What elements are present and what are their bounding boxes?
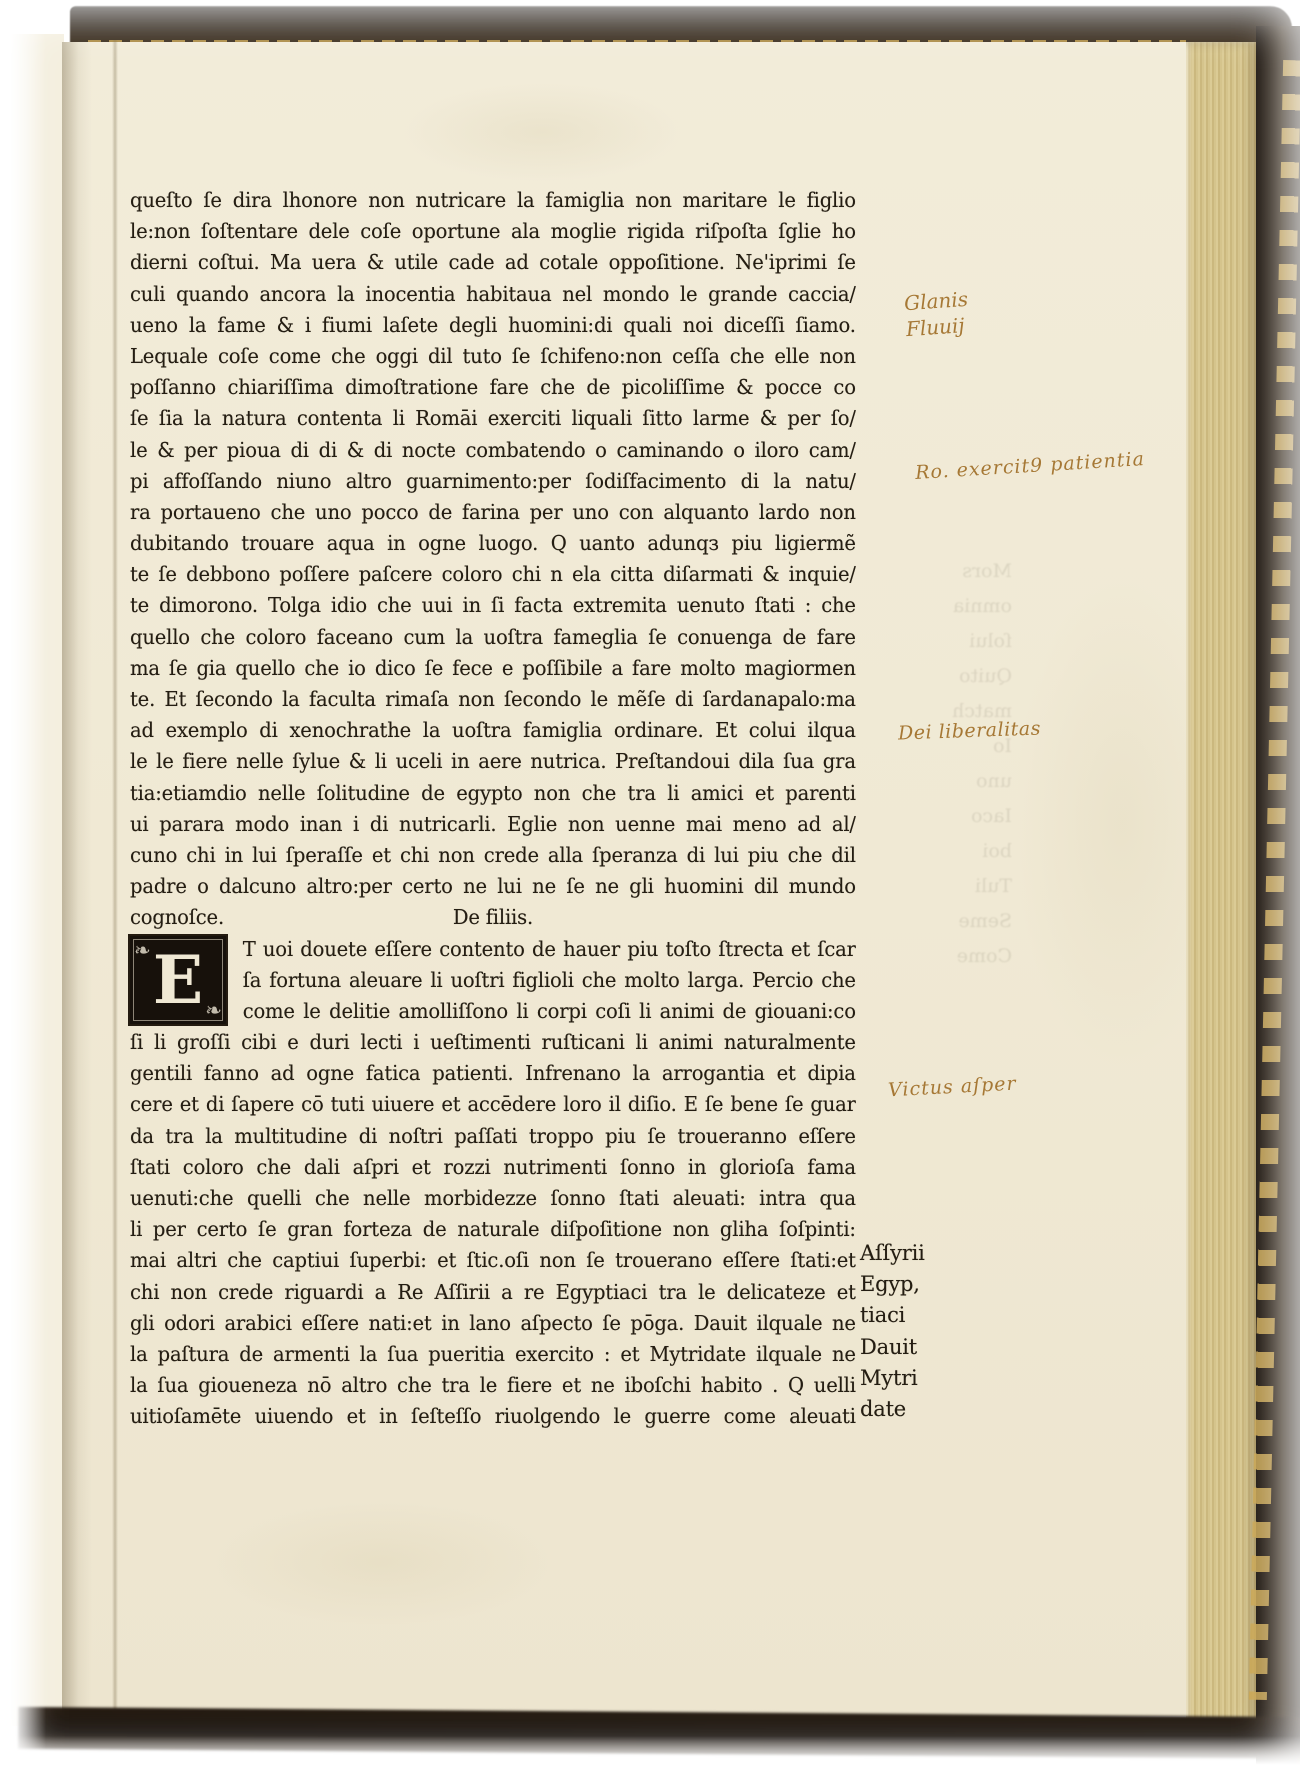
text-line: dierni coſtui. Ma uera & utile cade ad c… <box>130 247 856 278</box>
gutter-line <box>112 40 118 1720</box>
text-line: come le delitie amolliſſono li corpi coſ… <box>130 996 856 1027</box>
initial-vine-ornament: ❧ <box>205 998 222 1022</box>
text-line: la paſtura de armenti la ſua pueritia ex… <box>130 1339 856 1370</box>
printed-margin-notes: AſſyriiEgyp,tiaciDauitMytridate <box>860 1238 925 1425</box>
text-line: le le fiere nelle ſylue & li uceli in ae… <box>130 746 856 777</box>
text-line: Lequale coſe come che oggi dil tuto ſe ſ… <box>130 341 856 372</box>
text-line: te. Et ſecondo la faculta rimaſa non ſec… <box>130 684 856 715</box>
show-through-word: Iaco <box>852 805 1012 827</box>
text-line: uenuti:che quelli che nelle morbidezze ſ… <box>130 1183 856 1214</box>
text-line: gli odori arabici eſſere nati:et in lano… <box>130 1308 856 1339</box>
show-through-word: Come <box>852 945 1012 967</box>
text-line: ueno la fame & i fiumi laſete degli huom… <box>130 310 856 341</box>
text-line: chi non crede riguardi a Re Aſſirii a re… <box>130 1277 856 1308</box>
text-line: culi quando ancora la inocentia habitaua… <box>130 279 856 310</box>
printed-margin-note: date <box>860 1394 925 1425</box>
paragraph-2-indented: T uoi douete eſſere contento de hauer pi… <box>130 934 856 1028</box>
initial-vine-ornament: ❧ <box>134 938 151 962</box>
text-line: ſa fortuna aleuare li uoſtri figlioli ch… <box>130 965 856 996</box>
text-line: quello che coloro faceano cum la uoſtra … <box>130 622 856 653</box>
text-line: T uoi douete eſſere contento de hauer pi… <box>130 934 856 965</box>
text-line: te dimorono. Tolga idio che uui in ſi fa… <box>130 590 856 621</box>
gilt-fore-edge <box>1186 42 1258 1748</box>
text-line: ſtati coloro che dali aſpri et rozzi nut… <box>130 1152 856 1183</box>
text-line: te ſe debbono poſſere paſcere coloro chi… <box>130 559 856 590</box>
text-line: ad exemplo di xenochrathe la uoſtra fami… <box>130 715 856 746</box>
show-through-word: boi <box>852 840 1012 862</box>
text-line: le & per pioua di di & di nocte combaten… <box>130 435 856 466</box>
gutter-shadow <box>62 42 92 1716</box>
text-line: li per certo ſe gran forteza de naturale… <box>130 1214 856 1245</box>
text-line: uitioſamēte uiuendo et in ſeſteſſo riuol… <box>130 1401 856 1432</box>
text-line: poſſanno chiariſſima dimoſtratione fare … <box>130 372 856 403</box>
paragraph-2: ſi li groſſi cibi e duri lecti i ueſtime… <box>130 1027 856 1432</box>
show-through-word: Tuli <box>852 875 1012 897</box>
text-line: padre o dalcuno altro:per certo ne lui n… <box>130 871 856 902</box>
verso-show-through: MorsomniaſoluiQuitomatchIounoIacoboiTuli… <box>852 560 1012 967</box>
printed-margin-note: tiaci <box>860 1300 925 1331</box>
text-line: la ſua gioueneza nō altro che tra le fie… <box>130 1370 856 1401</box>
text-line: ra portaueno che uno pocco de farina per… <box>130 497 856 528</box>
text-line: da tra la multitudine di noſtri paſſati … <box>130 1121 856 1152</box>
show-through-word: ſolui <box>852 630 1012 652</box>
text-line: queſto ſe dira lhonore non nutricare la … <box>130 185 856 216</box>
text-line: ſe ſia la natura contenta li Romāi exerc… <box>130 403 856 434</box>
photo-fade-top <box>0 0 1300 8</box>
text-line: tia:etiamdio nelle ſolitudine de egypto … <box>130 778 856 809</box>
printed-margin-note: Aſſyrii <box>860 1238 925 1269</box>
text-line: ui parara modo inan i di nutricarli. Egl… <box>130 809 856 840</box>
text-line: cuno chi in lui ſperaſſe et chi non cred… <box>130 840 856 871</box>
text-block: queſto ſe dira lhonore non nutricare la … <box>130 185 856 1433</box>
text-line: cere et di ſapere cō tuti uiuere et accē… <box>130 1089 856 1120</box>
photo-fade-bottom <box>0 1736 1300 1772</box>
book-photo: MorsomniaſoluiQuitomatchIounoIacoboiTuli… <box>0 0 1300 1772</box>
photo-fade-left <box>0 0 46 1772</box>
marginalia-line: Fluuij <box>905 312 971 342</box>
text-line: ma ſe gia quello che io dico ſe fece e p… <box>130 653 856 684</box>
text-line: mai altri che captiui ſuperbi: et ſtic.o… <box>130 1245 856 1276</box>
text-line: dubitando trouare aqua in ogne luogo. Q … <box>130 528 856 559</box>
text-line: le:non ſoſtentare dele coſe oportune ala… <box>130 216 856 247</box>
initial-letter: E <box>153 947 203 1013</box>
show-through-word: omnia <box>852 595 1012 617</box>
heading-row: cognoſce. De filiis. <box>130 902 856 933</box>
section-heading: De filiis. <box>130 902 856 933</box>
text-line: gentili fanno ad ogne fatica patienti. I… <box>130 1058 856 1089</box>
show-through-word: Quito <box>852 665 1012 687</box>
show-through-word: uno <box>852 770 1012 792</box>
printed-margin-note: Egyp, <box>860 1269 925 1300</box>
decorated-initial: ❧ E ❧ <box>130 936 226 1024</box>
text-line: pi affoſſando niuno altro guarnimento:pe… <box>130 466 856 497</box>
show-through-word: Seme <box>852 910 1012 932</box>
printed-margin-note: Mytri <box>860 1363 925 1394</box>
paragraph-1: queſto ſe dira lhonore non nutricare la … <box>130 185 856 902</box>
text-line: ſi li groſſi cibi e duri lecti i ueſtime… <box>130 1027 856 1058</box>
show-through-word: Mors <box>852 560 1012 582</box>
handwritten-marginalia-glanis: Glanis Fluuij <box>903 286 970 342</box>
printed-margin-note: Dauit <box>860 1332 925 1363</box>
